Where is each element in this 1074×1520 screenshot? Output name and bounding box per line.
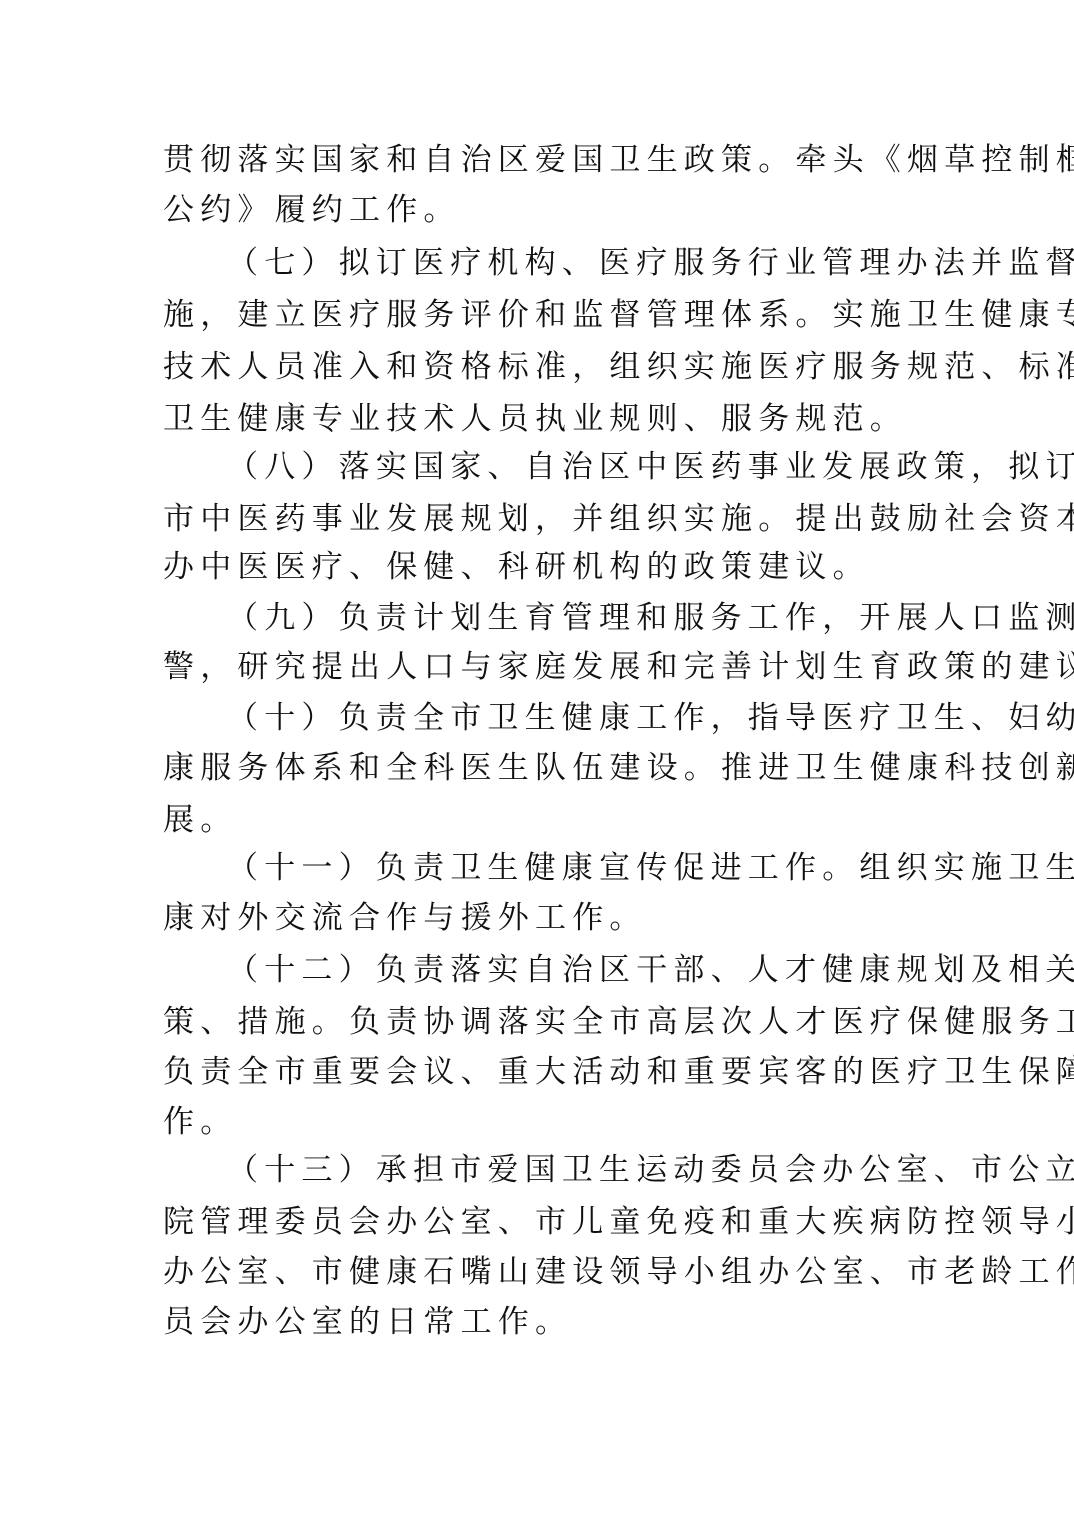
paragraph-9-first-line: （九）负责计划生育管理和服务工作，开展人口监测预 (227, 598, 915, 638)
paragraph-line: 公约》履约工作。 (163, 190, 915, 230)
paragraph-8-first-line: （八）落实国家、自治区中医药事业发展政策，拟订全 (227, 447, 915, 487)
paragraph-line: 康对外交流合作与援外工作。 (163, 898, 915, 938)
paragraph-line: 策、措施。负责协调落实全市高层次人才医疗保健服务工作。 (163, 1002, 915, 1042)
paragraph-7-first-line: （七）拟订医疗机构、医疗服务行业管理办法并监督实 (227, 243, 915, 283)
paragraph-12-first-line: （十二）负责落实自治区干部、人才健康规划及相关政 (227, 950, 915, 990)
paragraph-line: 办中医医疗、保健、科研机构的政策建议。 (163, 547, 915, 587)
paragraph-line: 卫生健康专业技术人员执业规则、服务规范。 (163, 399, 915, 439)
paragraph-line: 院管理委员会办公室、市儿童免疫和重大疾病防控领导小组 (163, 1202, 915, 1242)
paragraph-line: 市中医药事业发展规划，并组织实施。提出鼓励社会资本举 (163, 499, 915, 539)
paragraph-line: 技术人员准入和资格标准，组织实施医疗服务规范、标准和 (163, 347, 915, 387)
paragraph-line: 贯彻落实国家和自治区爱国卫生政策。牵头《烟草控制框架 (163, 140, 915, 180)
paragraph-line: 作。 (163, 1102, 915, 1142)
paragraph-line: 施，建立医疗服务评价和监督管理体系。实施卫生健康专业 (163, 295, 915, 335)
paragraph-line: 康服务体系和全科医生队伍建设。推进卫生健康科技创新发 (163, 748, 915, 788)
paragraph-line: 展。 (163, 800, 915, 840)
paragraph-13-first-line: （十三）承担市爱国卫生运动委员会办公室、市公立医 (227, 1150, 915, 1190)
document-page: 贯彻落实国家和自治区爱国卫生政策。牵头《烟草控制框架 公约》履约工作。 （七）拟… (0, 0, 1074, 1520)
paragraph-line: 警，研究提出人口与家庭发展和完善计划生育政策的建议。 (163, 647, 915, 687)
paragraph-10-first-line: （十）负责全市卫生健康工作，指导医疗卫生、妇幼健 (227, 698, 915, 738)
paragraph-line: 员会办公室的日常工作。 (163, 1302, 915, 1342)
paragraph-line: 负责全市重要会议、重大活动和重要宾客的医疗卫生保障工 (163, 1052, 915, 1092)
paragraph-11-first-line: （十一）负责卫生健康宣传促进工作。组织实施卫生健 (227, 848, 915, 888)
paragraph-line: 办公室、市健康石嘴山建设领导小组办公室、市老龄工作委 (163, 1252, 915, 1292)
